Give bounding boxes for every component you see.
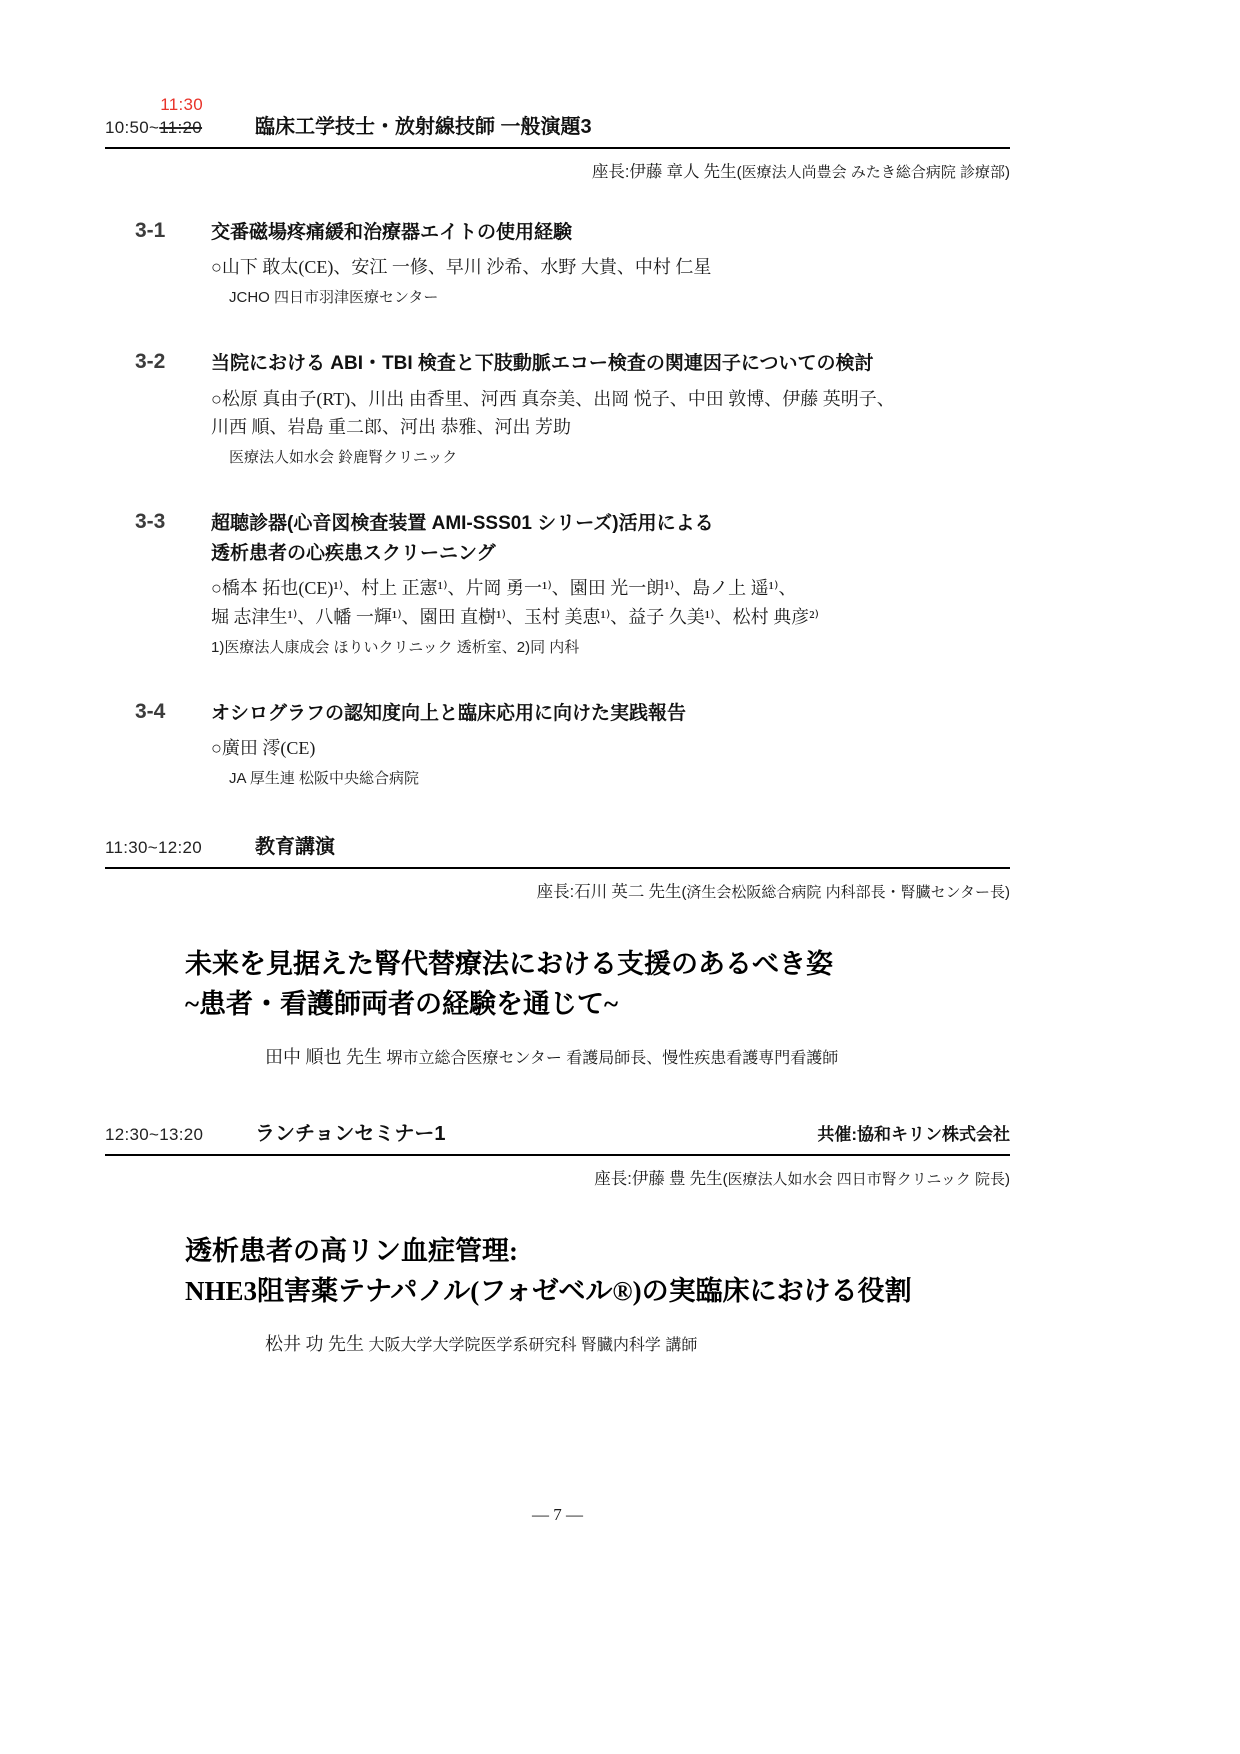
session3-cosponsor: 共催:協和キリン株式会社: [817, 1120, 1010, 1145]
presentation-3-4-authors: ○廣田 澪(CE): [211, 734, 1010, 763]
presentation-3-3-title-line1: 超聴診器(心音図検査装置 AMI-SSS01 シリーズ)活用による: [211, 509, 1010, 538]
session3-lecture-title-line2: NHE3阻害薬テナパノル(フォゼベル®)の実臨床における役割: [185, 1271, 1010, 1312]
session3-speaker-affiliation: 大阪大学大学院医学系研究科 腎臓内科学 講師: [368, 1337, 697, 1354]
presentation-3-3-authors-line2: 堀 志津生¹⁾、八幡 一輝¹⁾、園田 直樹¹⁾、玉村 美恵¹⁾、益子 久美¹⁾、…: [211, 603, 1010, 632]
presentation-3-2-authors-line2: 川西 順、岩島 重二郎、河出 恭雅、河出 芳助: [211, 413, 1010, 442]
session2-speaker-name: 田中 順也 先生: [265, 1047, 382, 1067]
presentation-3-3-body: 超聴診器(心音図検査装置 AMI-SSS01 シリーズ)活用による 透析患者の心…: [211, 509, 1010, 656]
session3-lecture-title: 透析患者の高リン血症管理: NHE3阻害薬テナパノル(フォゼベル®)の実臨床にお…: [185, 1231, 1010, 1312]
luncheon-seminar-section: 12:30~13:20 ランチョンセミナー1 共催:協和キリン株式会社 座長:伊…: [105, 1117, 1010, 1356]
session2-chair-affiliation: (済生会松阪総合病院 内科部長・腎臓センター長): [681, 884, 1010, 901]
session2-title: 教育講演: [255, 830, 335, 859]
presentation-list: 3-1 交番磁場疼痛緩和治療器エイトの使用経験 ○山下 敢太(CE)、安江 一修…: [135, 218, 1010, 788]
session1-chair-affiliation: (医療法人尚豊会 みたき総合病院 診療部): [737, 164, 1010, 181]
session3-speaker-name: 松井 功 先生: [265, 1334, 364, 1354]
presentation-3-2-authors-line1: ○松原 真由子(RT)、川出 由香里、河西 真奈美、出岡 悦子、中田 敦博、伊藤…: [211, 385, 1010, 414]
presentation-3-4-body: オシログラフの認知度向上と臨床応用に向けた実践報告 ○廣田 澪(CE) JA 厚…: [211, 699, 1010, 788]
presentation-3-1-affiliation: JCHO 四日市羽津医療センター: [211, 286, 1010, 307]
presentation-3-3: 3-3 超聴診器(心音図検査装置 AMI-SSS01 シリーズ)活用による 透析…: [135, 509, 1010, 656]
presentation-3-4-affiliation: JA 厚生連 松阪中央総合病院: [211, 767, 1010, 788]
session2-speaker-affiliation: 堺市立総合医療センター 看護局師長、慢性疾患看護専門看護師: [386, 1050, 838, 1067]
session1-chair-label: 座長:: [592, 163, 630, 181]
session3-header-left: 12:30~13:20 ランチョンセミナー1: [105, 1117, 446, 1146]
session3-lecture-title-line1: 透析患者の高リン血症管理:: [185, 1231, 1010, 1272]
session3-title: ランチョンセミナー1: [255, 1117, 446, 1146]
presentation-3-2-affiliation: 医療法人如水会 鈴鹿腎クリニック: [211, 446, 1010, 467]
presentation-3-1-number: 3-1: [135, 218, 211, 307]
educational-lecture-section: 11:30~12:20 教育講演 座長:石川 英二 先生(済生会松阪総合病院 内…: [105, 830, 1010, 1069]
presentation-3-2-body: 当院における ABI・TBI 検査と下肢動脈エコー検査の関連因子についての検討 …: [211, 349, 1010, 467]
presentation-3-2-number: 3-2: [135, 349, 211, 467]
presentation-3-3-authors: ○橋本 拓也(CE)¹⁾、村上 正憲¹⁾、片岡 勇一¹⁾、園田 光一朗¹⁾、島ノ…: [211, 574, 1010, 632]
presentation-3-3-title-line2: 透析患者の心疾患スクリーニング: [211, 539, 1010, 568]
session1-time-new: 11:30: [160, 95, 203, 115]
presentation-3-2-title: 当院における ABI・TBI 検査と下肢動脈エコー検査の関連因子についての検討: [211, 349, 1010, 378]
presentation-3-4-title: オシログラフの認知度向上と臨床応用に向けた実践報告: [211, 699, 1010, 728]
presentation-3-2-authors: ○松原 真由子(RT)、川出 由香里、河西 真奈美、出岡 悦子、中田 敦博、伊藤…: [211, 385, 1010, 443]
session1-title: 臨床工学技士・放射線技師 一般演題3: [255, 110, 592, 139]
session2-lecture-title-line1: 未来を見据えた腎代替療法における支援のあるべき姿: [185, 944, 1010, 985]
session1-time-start: 10:50~: [105, 118, 159, 137]
presentation-3-3-number: 3-3: [135, 509, 211, 656]
presentation-3-4: 3-4 オシログラフの認知度向上と臨床応用に向けた実践報告 ○廣田 澪(CE) …: [135, 699, 1010, 788]
presentation-3-3-title: 超聴診器(心音図検査装置 AMI-SSS01 シリーズ)活用による 透析患者の心…: [211, 509, 1010, 568]
presentation-3-1-authors: ○山下 敢太(CE)、安江 一修、早川 沙希、水野 大貴、中村 仁星: [211, 253, 1010, 282]
session3-chair: 座長:伊藤 豊 先生(医療法人如水会 四日市腎クリニック 院長): [105, 1165, 1010, 1189]
session1-time: 10:50~11:2011:30: [105, 118, 255, 138]
session1-chair-name: 伊藤 章人 先生: [629, 162, 736, 181]
session3-header: 12:30~13:20 ランチョンセミナー1 共催:協和キリン株式会社: [105, 1117, 1010, 1156]
presentation-3-1: 3-1 交番磁場疼痛緩和治療器エイトの使用経験 ○山下 敢太(CE)、安江 一修…: [135, 218, 1010, 307]
session1-chair: 座長:伊藤 章人 先生(医療法人尚豊会 みたき総合病院 診療部): [105, 158, 1010, 182]
presentation-3-3-authors-line1: ○橋本 拓也(CE)¹⁾、村上 正憲¹⁾、片岡 勇一¹⁾、園田 光一朗¹⁾、島ノ…: [211, 574, 1010, 603]
session3-chair-name: 伊藤 豊 先生: [632, 1169, 723, 1188]
presentation-3-4-number: 3-4: [135, 699, 211, 788]
session2-header: 11:30~12:20 教育講演: [105, 830, 1010, 869]
session2-speaker: 田中 順也 先生 堺市立総合医療センター 看護局師長、慢性疾患看護専門看護師: [265, 1043, 1010, 1069]
session3-chair-affiliation: (医療法人如水会 四日市腎クリニック 院長): [723, 1171, 1010, 1188]
session1-time-correction: 11:2011:30: [159, 118, 202, 138]
session2-lecture-title: 未来を見据えた腎代替療法における支援のあるべき姿 ~患者・看護師両者の経験を通じ…: [185, 944, 1010, 1025]
session3-chair-label: 座長:: [594, 1170, 632, 1188]
presentation-3-3-affiliation: 1)医療法人康成会 ほりいクリニック 透析室、2)同 内科: [211, 636, 1010, 657]
session2-chair-label: 座長:: [537, 883, 575, 901]
presentation-3-1-title: 交番磁場疼痛緩和治療器エイトの使用経験: [211, 218, 1010, 247]
session1-time-old: 11:20: [159, 118, 202, 137]
session2-time: 11:30~12:20: [105, 838, 255, 858]
session2-chair-name: 石川 英二 先生: [574, 882, 681, 901]
session2-lecture-title-line2: ~患者・看護師両者の経験を通じて~: [185, 984, 1010, 1025]
presentation-3-2: 3-2 当院における ABI・TBI 検査と下肢動脈エコー検査の関連因子について…: [135, 349, 1010, 467]
presentation-3-1-body: 交番磁場疼痛緩和治療器エイトの使用経験 ○山下 敢太(CE)、安江 一修、早川 …: [211, 218, 1010, 307]
session3-speaker: 松井 功 先生 大阪大学大学院医学系研究科 腎臓内科学 講師: [265, 1330, 1010, 1356]
session2-chair: 座長:石川 英二 先生(済生会松阪総合病院 内科部長・腎臓センター長): [105, 878, 1010, 902]
session1-header: 10:50~11:2011:30 臨床工学技士・放射線技師 一般演題3: [105, 86, 1010, 149]
page-number: — 7 —: [105, 1505, 1010, 1525]
program-page: 10:50~11:2011:30 臨床工学技士・放射線技師 一般演題3 座長:伊…: [0, 0, 1240, 1754]
session3-time: 12:30~13:20: [105, 1125, 255, 1145]
